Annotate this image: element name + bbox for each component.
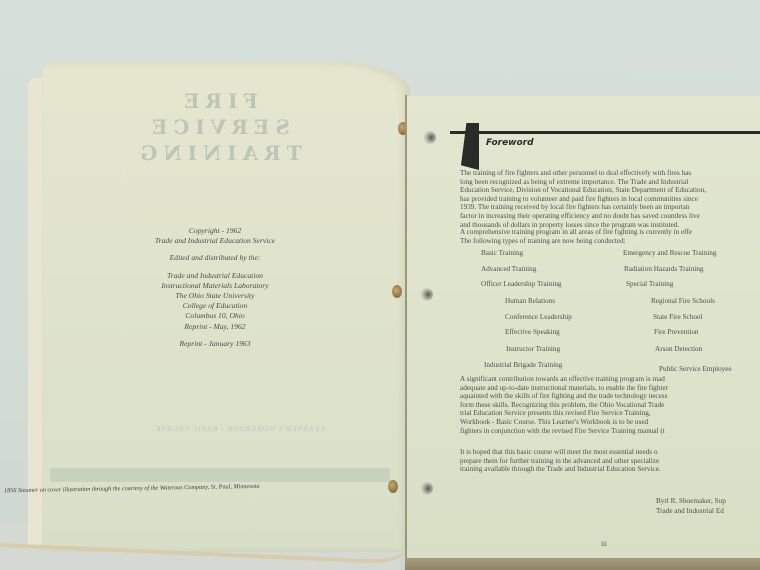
punch-hole [421, 288, 433, 301]
address-line: Reprint - May, 1962 [110, 322, 320, 332]
text-line: Workbook - Basic Course. This Learner's … [460, 418, 760, 427]
training-item: Fire Prevention [654, 328, 699, 336]
paragraph-program: A comprehensive training program in all … [460, 228, 760, 245]
text-line: adequate and up-to-date instructional ma… [460, 384, 760, 393]
training-item: Effective Speaking [505, 328, 560, 336]
training-item: Emergency and Rescue Training [623, 249, 717, 257]
address-line: Trade and Industrial Education [110, 271, 320, 281]
text-line: Education Service, Division of Vocationa… [460, 186, 760, 195]
address-line: College of Education [110, 301, 320, 311]
text-line: A significant contribution towards an ef… [460, 375, 760, 384]
training-item: Special Training [626, 280, 673, 288]
text-line: It is hoped that this basic course will … [460, 448, 760, 457]
training-item: Instructor Training [506, 345, 560, 353]
punch-hole [388, 480, 398, 493]
show-through-band [50, 468, 390, 482]
text-line: 1939. The training received by local fir… [460, 203, 760, 212]
address-line: The Ohio State University [110, 291, 320, 301]
text-line: A comprehensive training program in all … [460, 228, 760, 237]
training-item: Public Service Employee [659, 365, 732, 373]
edited-by-label: Edited and distributed by the: [110, 253, 320, 263]
address-line: Columbus 10, Ohio [110, 311, 320, 321]
text-line: trial Education Service presents this re… [460, 409, 760, 418]
text-line: aquainted with the skills of fire fighti… [460, 392, 760, 401]
right-page-edge [405, 558, 760, 570]
heading-rule [450, 131, 760, 134]
address-line: Instructional Materials Laboratory [110, 281, 320, 291]
ghost-title-line: FIRE SERVICE [118, 88, 318, 140]
spine [405, 95, 407, 560]
training-item: Radiation Hazards Training [624, 265, 703, 273]
training-item: State Fire School [653, 313, 703, 321]
training-item: Human Relations [505, 297, 555, 305]
text-line: form these skills. Recognizing this prob… [460, 401, 760, 410]
page-number: iii [601, 540, 607, 548]
text-line: The following types of training are now … [460, 237, 760, 246]
training-item: Industrial Brigade Training [484, 361, 562, 369]
text-line: fighters in conjunction with the revised… [460, 427, 760, 436]
training-item: Officer Leadership Training [481, 280, 562, 288]
text-line: prepare them for further training in the… [460, 457, 760, 466]
copyright-holder: Trade and Industrial Education Service [110, 236, 320, 246]
signature-name: Byrl R. Shoemaker, Sup [656, 496, 726, 506]
signature: Byrl R. Shoemaker, Sup Trade and Industr… [656, 496, 726, 516]
open-booklet: FIRE SERVICE TRAINING Copyright - 1962 T… [0, 0, 760, 570]
right-page [406, 96, 760, 560]
punch-hole [392, 285, 402, 298]
text-line: has provided training to volunteer and p… [460, 195, 760, 204]
show-through-subtitle: LEARNER'S WORKBOOK - BASIC COURSE [130, 425, 350, 433]
ghost-title-line: TRAINING [118, 140, 318, 166]
training-item: Conference Leadership [505, 313, 572, 321]
text-line: The training of fire fighters and other … [460, 169, 760, 178]
punch-hole [421, 482, 433, 495]
punch-hole [424, 131, 436, 144]
training-item: Advanced Training [481, 265, 536, 273]
paragraph-hope: It is hoped that this basic course will … [460, 448, 760, 474]
text-line: training available through the Trade and… [460, 465, 760, 474]
training-item: Regional Fire Schools [651, 297, 715, 305]
training-item: Basic Training [481, 249, 523, 257]
copyright-block: Copyright - 1962 Trade and Industrial Ed… [110, 226, 320, 349]
copyright-year: Copyright - 1962 [110, 226, 320, 236]
signature-title: Trade and Industrial Ed [656, 506, 726, 516]
text-line: long been recognized as being of extreme… [460, 178, 760, 187]
foreword-heading: Foreword [486, 138, 534, 148]
show-through-title: FIRE SERVICE TRAINING [118, 88, 318, 166]
paragraph-intro: The training of fire fighters and other … [460, 169, 760, 229]
paragraph-materials: A significant contribution towards an ef… [460, 375, 760, 435]
text-line: factor in increasing their operating eff… [460, 212, 760, 221]
training-item: Arson Detection [655, 345, 702, 353]
reprint-date: Reprint - January 1963 [110, 339, 320, 349]
